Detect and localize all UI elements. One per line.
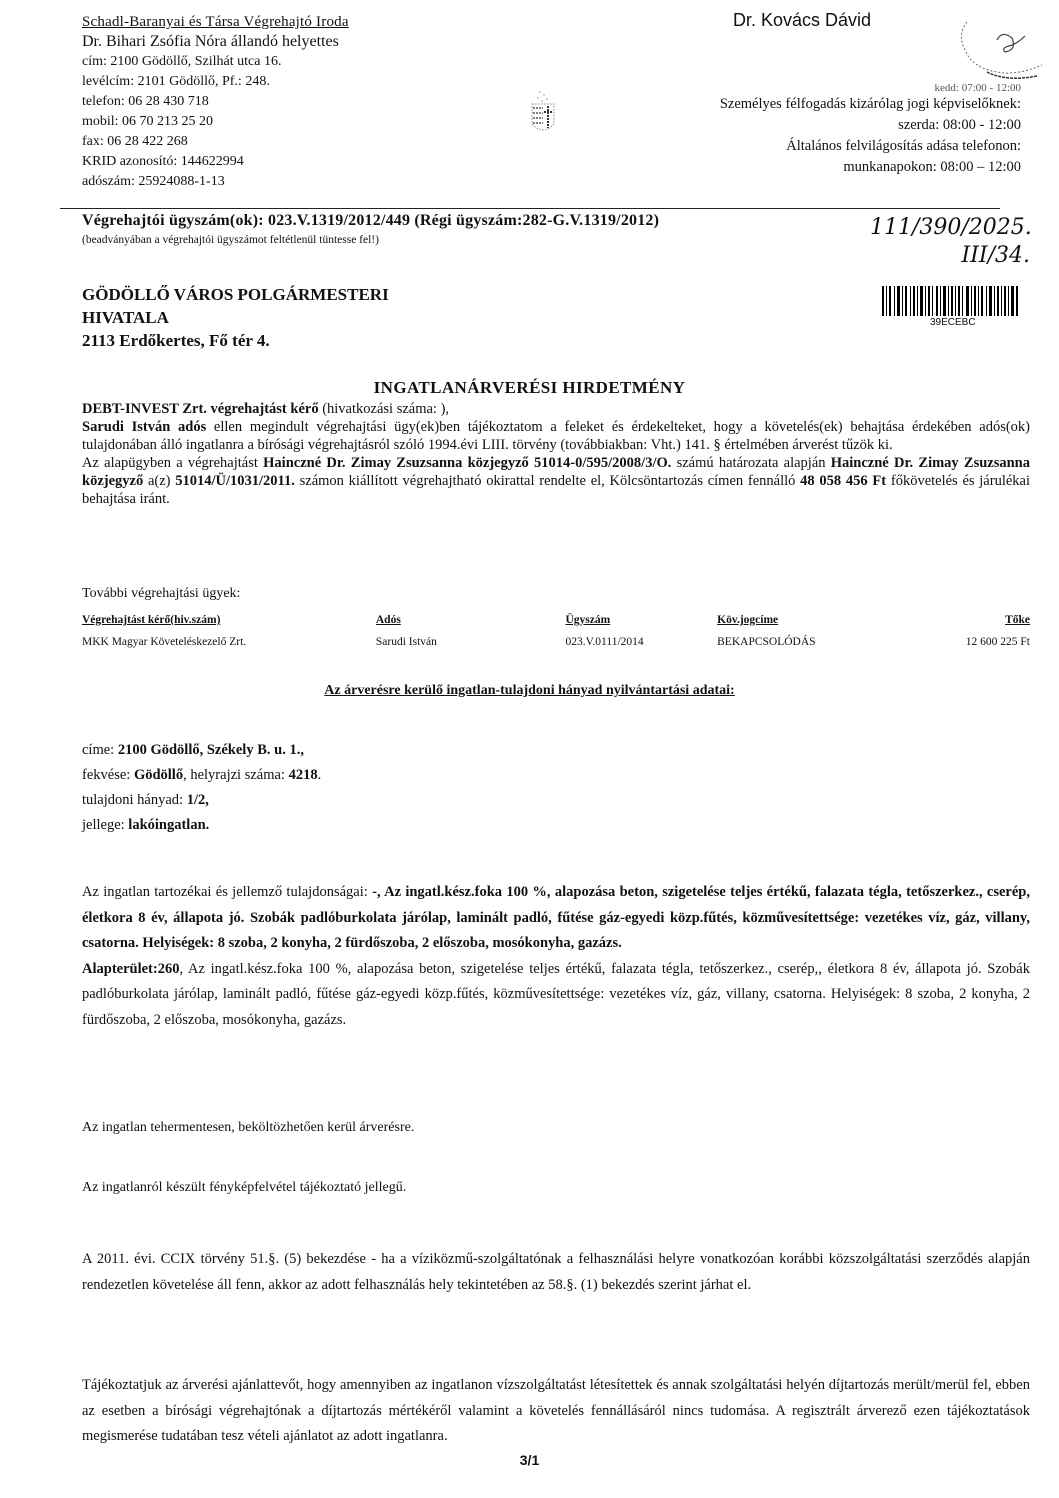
hours-phone-caption: Általános felvilágosítás adása telefonon… xyxy=(720,136,1021,157)
cell-creditor: MKK Magyar Követeléskezelő Zrt. xyxy=(82,634,376,650)
case-number-note: (beadványában a végrehajtói ügyszámot fe… xyxy=(82,234,379,246)
handwritten-line-1: 111/390/2025. xyxy=(870,214,1030,242)
coat-of-arms-icon xyxy=(528,88,558,136)
basis-text-a: Az alapügyben a végrehajtást xyxy=(82,455,263,471)
other-cases-caption: További végrehajtási ügyek: xyxy=(82,586,240,602)
cell-debtor: Sarudi István xyxy=(376,634,566,650)
basis-text-b: számú határozata alapján xyxy=(671,455,830,471)
debtor-name: Sarudi István adós xyxy=(82,419,206,435)
hours-wednesday: szerda: 08:00 - 12:00 xyxy=(720,115,1021,136)
property-features: Az ingatlan tartozékai és jellemző tulaj… xyxy=(82,880,1030,1033)
hours-workdays: munkanapokon: 08:00 – 12:00 xyxy=(720,157,1021,178)
contact-address: cím: 2100 Gödöllő, Szilhát utca 16. xyxy=(82,52,349,72)
basis-text-d: számon kiállított végrehajtható okiratta… xyxy=(295,473,800,489)
table-row: MKK Magyar Követeléskezelő Zrt. Sarudi I… xyxy=(82,634,1030,650)
issuer-block: Schadl-Baranyai és Társa Végrehajtó Irod… xyxy=(82,12,349,192)
col-case-number: Ügyszám xyxy=(565,612,717,634)
property-share: 1/2, xyxy=(187,792,209,808)
property-lot-number: 4218 xyxy=(289,767,318,783)
barcode-code: 39ECEBC xyxy=(930,317,976,328)
property-address-label: címe: xyxy=(82,742,118,758)
property-details: címe: 2100 Gödöllő, Székely B. u. 1., fe… xyxy=(82,738,321,838)
area-description: , Az ingatl.kész.foka 100 %, alapozása b… xyxy=(82,961,1030,1028)
office-name: Schadl-Baranyai és Társa Végrehajtó Irod… xyxy=(82,12,349,32)
header-divider xyxy=(60,208,1000,209)
handwritten-line-2: III/34. xyxy=(870,242,1030,270)
contact-phone: telefon: 06 28 430 718 xyxy=(82,92,349,112)
page-number: 3/1 xyxy=(0,1452,1059,1468)
features-label: Az ingatlan tartozékai és jellemző tulaj… xyxy=(82,884,372,900)
addressee-block: GÖDÖLLŐ VÁROS POLGÁRMESTERI HIVATALA 211… xyxy=(82,283,389,352)
document-title: INGATLANÁRVERÉSI HIRDETMÉNY xyxy=(0,378,1059,398)
photo-statement: Az ingatlanról készült fényképfelvétel t… xyxy=(82,1180,406,1196)
col-principal: Tőke xyxy=(907,612,1030,634)
property-location-label: fekvése: xyxy=(82,767,134,783)
signature-icon xyxy=(917,10,1047,95)
enforceable-document-number: 51014/Ü/1031/2011. xyxy=(175,473,295,489)
property-location-row: fekvése: Gödöllő, helyrajzi száma: 4218. xyxy=(82,763,321,788)
encumbrance-statement: Az ingatlan tehermentesen, beköltözhetőe… xyxy=(82,1120,414,1136)
addressee-line-1: GÖDÖLLŐ VÁROS POLGÁRMESTERI xyxy=(82,283,389,306)
col-legal-basis: Köv.jogcíme xyxy=(717,612,907,634)
contact-fax: fax: 06 28 422 268 xyxy=(82,132,349,152)
property-lot-label: , helyrajzi száma: xyxy=(183,767,288,783)
deputy-name: Dr. Bihari Zsófia Nóra állandó helyettes xyxy=(82,32,349,52)
other-cases-table: Végrehajtást kérő(hiv.szám) Adós Ügyszám… xyxy=(82,612,1030,650)
notary-decision: Hainczné Dr. Zimay Zsuzsanna közjegyző 5… xyxy=(263,455,671,471)
property-type: lakóingatlan. xyxy=(128,817,209,833)
contact-tax-number: adószám: 25924088-1-13 xyxy=(82,172,349,192)
law-paragraph: A 2011. évi. CCIX törvény 51.§. (5) beke… xyxy=(82,1247,1030,1298)
notice-paragraph: Tájékoztatjuk az árverési ajánlattevőt, … xyxy=(82,1373,1030,1450)
table-header-row: Végrehajtást kérő(hiv.szám) Adós Ügyszám… xyxy=(82,612,1030,634)
handwritten-registration: 111/390/2025. III/34. xyxy=(870,214,1030,270)
col-debtor: Adós xyxy=(376,612,566,634)
addressee-line-3: 2113 Erdőkertes, Fő tér 4. xyxy=(82,329,389,352)
contact-mobile: mobil: 06 70 213 25 20 xyxy=(82,112,349,132)
property-share-label: tulajdoni hányad: xyxy=(82,792,187,808)
cell-principal: 12 600 225 Ft xyxy=(907,634,1030,650)
creditor-name: DEBT-INVEST Zrt. végrehajtást kérő xyxy=(82,401,319,417)
addressee-line-2: HIVATALA xyxy=(82,306,389,329)
signer-name: Dr. Kovács Dávid xyxy=(733,10,871,31)
principal-amount: 48 058 456 Ft xyxy=(800,473,886,489)
property-address-row: címe: 2100 Gödöllő, Székely B. u. 1., xyxy=(82,738,321,763)
intro-text: ellen megindult végrehajtási ügy(ek)ben … xyxy=(82,419,1030,453)
creditor-reference: (hivatkozási száma: ), xyxy=(319,401,449,417)
property-type-row: jellege: lakóingatlan. xyxy=(82,813,321,838)
cell-case-number: 023.V.0111/2014 xyxy=(565,634,717,650)
cell-legal-basis: BEKAPCSOLÓDÁS xyxy=(717,634,907,650)
property-type-label: jellege: xyxy=(82,817,128,833)
intro-paragraph: DEBT-INVEST Zrt. végrehajtást kérő (hiva… xyxy=(82,400,1030,508)
col-creditor: Végrehajtást kérő(hiv.szám) xyxy=(82,612,376,634)
property-location: Gödöllő xyxy=(134,767,183,783)
case-number: Végrehajtói ügyszám(ok): 023.V.1319/2012… xyxy=(82,212,659,230)
contact-mail-address: levélcím: 2101 Gödöllő, Pf.: 248. xyxy=(82,72,349,92)
barcode-icon xyxy=(882,286,1018,316)
property-share-row: tulajdoni hányad: 1/2, xyxy=(82,788,321,813)
hours-personal-caption: Személyes félfogadás kizárólag jogi képv… xyxy=(720,94,1021,115)
floor-area: Alapterület:260 xyxy=(82,961,179,977)
basis-text-c: a(z) xyxy=(143,473,175,489)
contact-krid: KRID azonosító: 144622994 xyxy=(82,152,349,172)
property-section-title: Az árverésre kerülő ingatlan-tulajdoni h… xyxy=(0,683,1059,699)
property-address: 2100 Gödöllő, Székely B. u. 1., xyxy=(118,742,304,758)
